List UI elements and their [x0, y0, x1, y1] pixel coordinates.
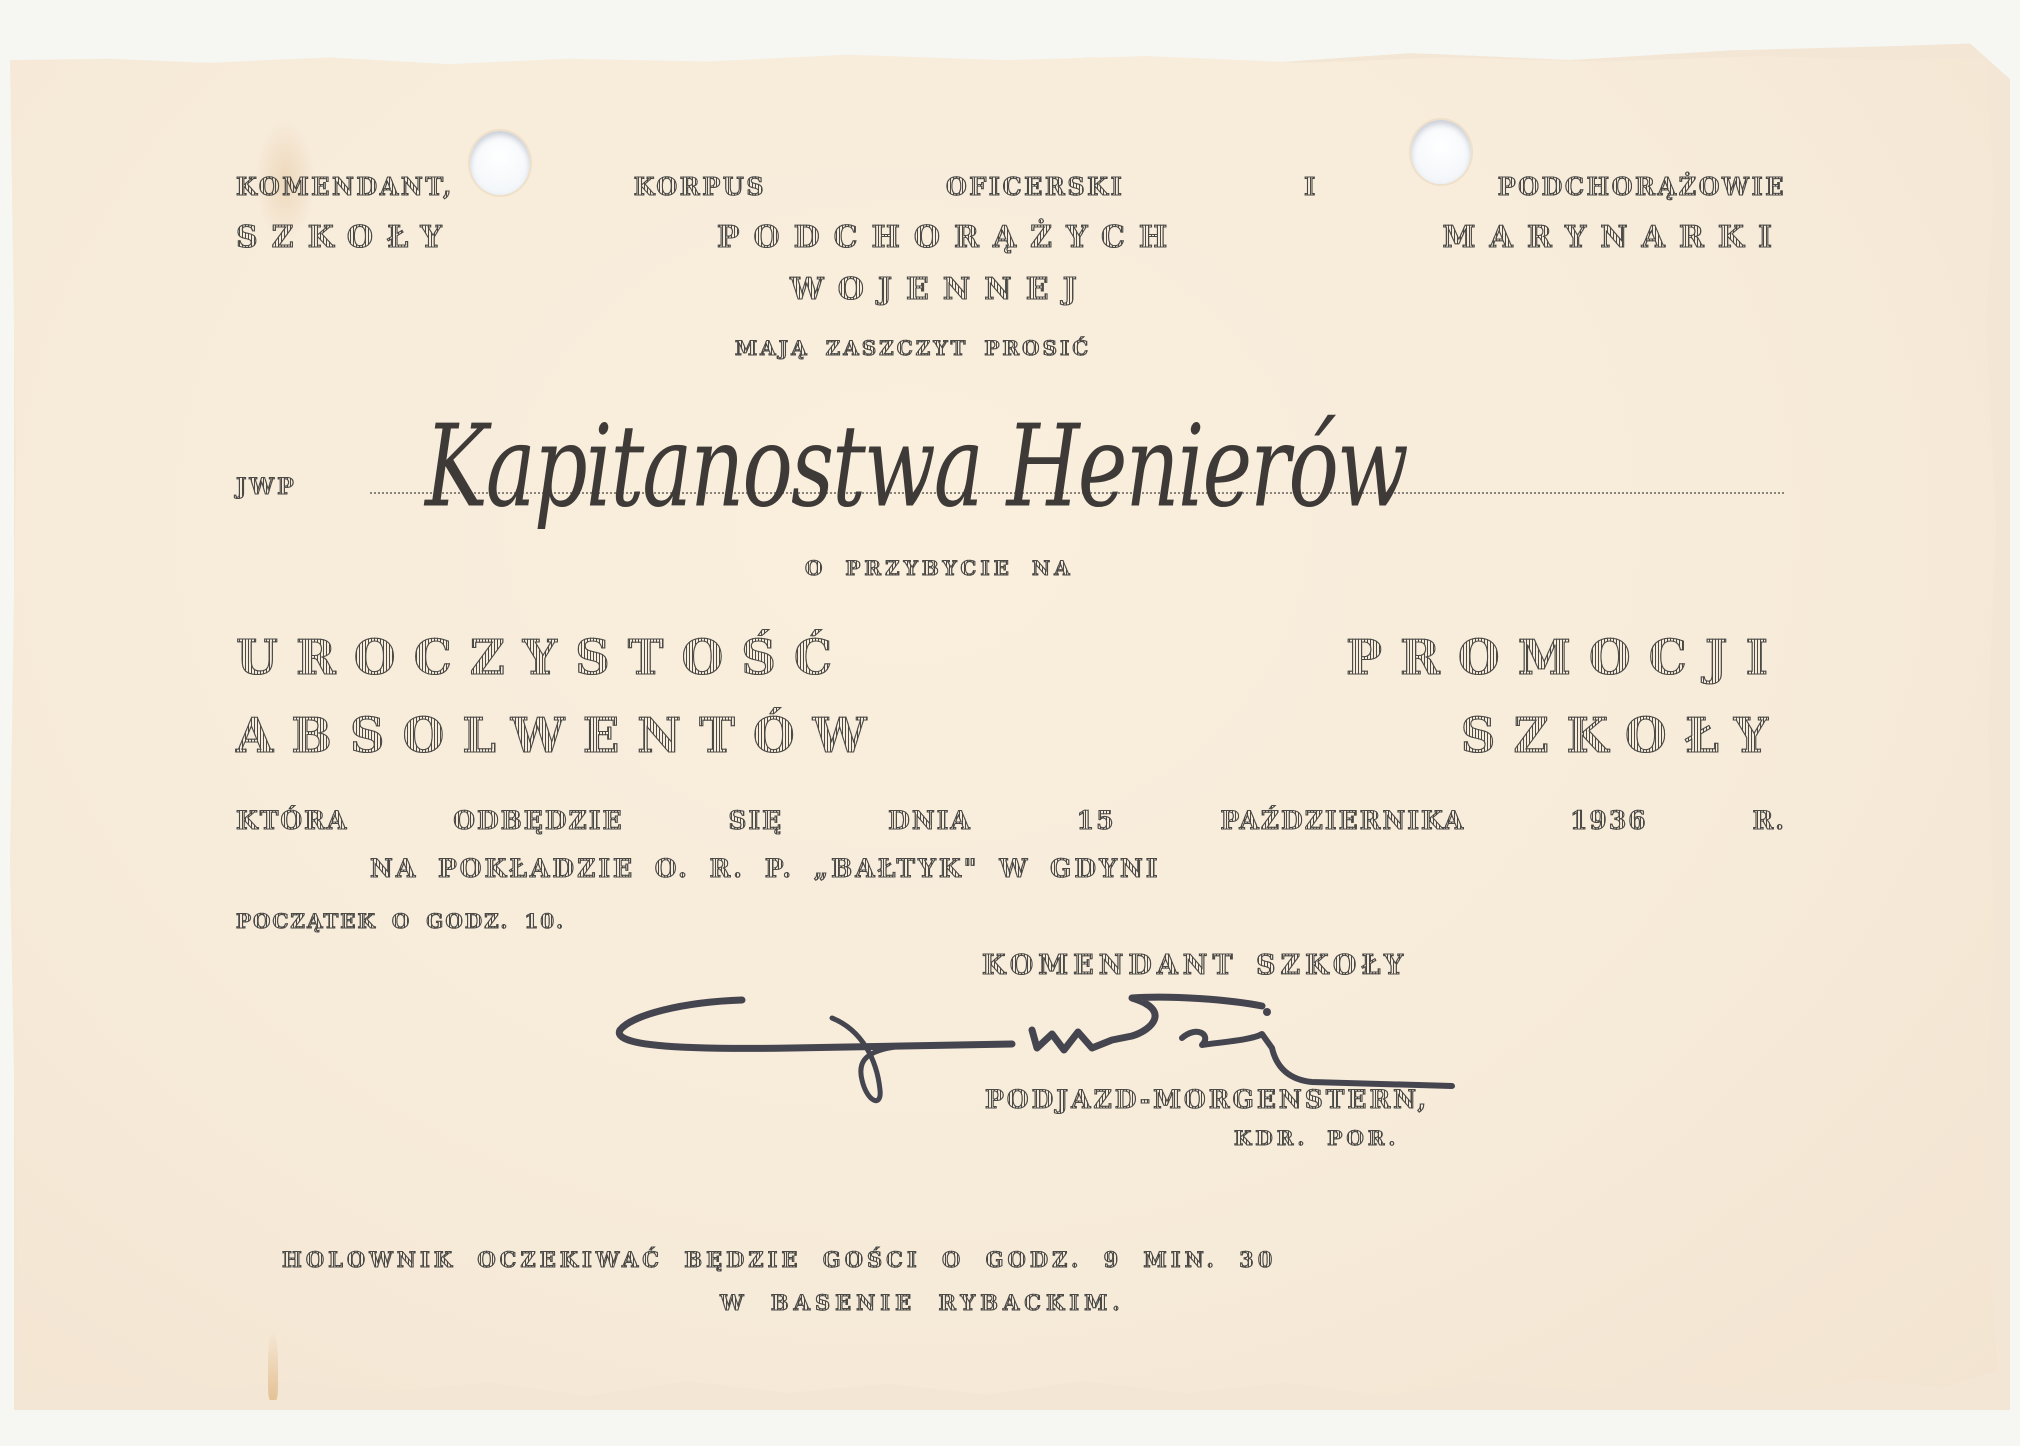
signatory-rank: Kdr. Por.: [1234, 1126, 1399, 1150]
header-line-2: Szkoły Podchorążych Marynarki: [236, 220, 1786, 255]
footer-line-2: w basenie rybackim.: [720, 1290, 1125, 1315]
event-title-line-2: absolwentów szkoły: [236, 708, 1786, 764]
footer-line-1: Holownik oczekiwać będzie gości o godz. …: [282, 1247, 1276, 1272]
event-place-line: na pokładzie O. R. P. „Bałtyk" w Gdyni: [370, 854, 1160, 883]
signatory-name: Podjazd-Morgenstern,: [985, 1085, 1429, 1114]
event-date-line: Która odbędzie się dnia 15 października …: [236, 806, 1786, 835]
event-title-line-1: Uroczystość promocji: [236, 630, 1786, 686]
header-line-3: Wojennej: [790, 272, 1091, 307]
request-text: Mają zaszczyt prosić: [735, 336, 1091, 360]
recipient-handwritten-name: Kapitanostwa Henierów: [425, 400, 1407, 532]
recipient-prefix: JWP: [236, 474, 297, 500]
header-line-1: Komendant, korpus oficerski i podchorążo…: [236, 172, 1786, 201]
event-start-line: Początek o godz. 10.: [236, 909, 565, 933]
paper-stain-drip: [268, 1330, 278, 1400]
invite-to-text: O przybycie na: [805, 556, 1074, 580]
signature-title: Komendant Szkoły: [982, 950, 1408, 981]
